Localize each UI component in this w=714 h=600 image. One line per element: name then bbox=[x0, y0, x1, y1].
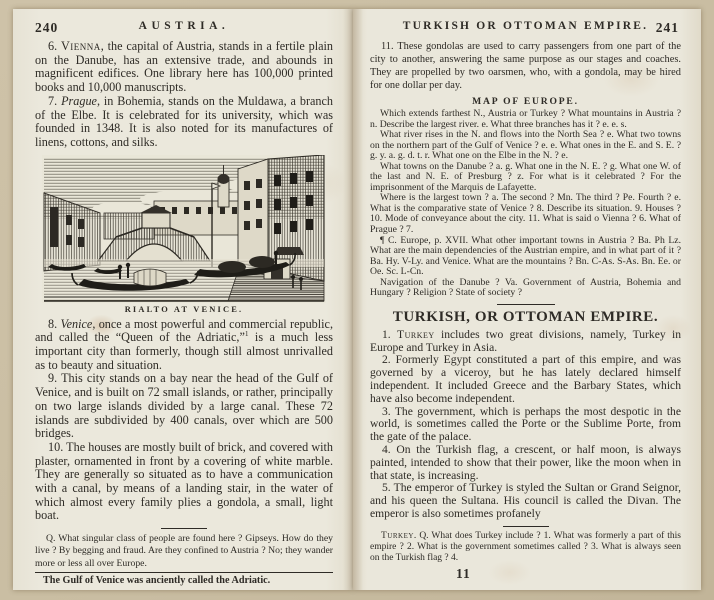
page-number: 240 bbox=[35, 20, 58, 36]
paragraph-8: 8. Venice, once a most powerful and comm… bbox=[35, 318, 333, 373]
running-head: AUSTRIA. bbox=[35, 20, 333, 32]
right-page-header: TURKISH OR OTTOMAN EMPIRE. 241 bbox=[370, 20, 681, 37]
map-question: Which extends farthest N., Austria or Tu… bbox=[370, 109, 681, 130]
rialto-engraving-image bbox=[42, 155, 326, 303]
footnote-questions: Q. What singular class of people are fou… bbox=[35, 533, 333, 570]
book-scan: 240 AUSTRIA. 6. Vienna, the capital of A… bbox=[0, 0, 714, 600]
map-question: Navigation of the Danube ? Va. Governmen… bbox=[370, 278, 681, 299]
footnote-turkey: Turkey. Q. What does Turkey include ? 1.… bbox=[370, 531, 681, 564]
left-page-header: 240 AUSTRIA. bbox=[35, 20, 333, 37]
map-of-europe-heading: MAP OF EUROPE. bbox=[370, 96, 681, 107]
section-heading: TURKISH, OR OTTOMAN EMPIRE. bbox=[370, 309, 681, 326]
engraving-caption: RIALTO AT VENICE. bbox=[42, 305, 326, 314]
paragraph-3: 3. The government, which is perhaps the … bbox=[370, 406, 681, 444]
signature-mark: 11 bbox=[456, 566, 681, 582]
right-page: TURKISH OR OTTOMAN EMPIRE. 241 11. These… bbox=[353, 9, 701, 590]
paragraph-9: 9. This city stands on a bay near the he… bbox=[35, 372, 333, 441]
map-question: What river rises in the N. and flows int… bbox=[370, 130, 681, 162]
paragraph-7: 7. Prague, in Bohemia, stands on the Mul… bbox=[35, 95, 333, 150]
map-question: What towns on the Danube ? a. g. What on… bbox=[370, 162, 681, 194]
section-divider bbox=[497, 304, 555, 305]
footnote-divider bbox=[503, 526, 549, 527]
page-number: 241 bbox=[656, 20, 679, 36]
paragraph-2: 2. Formerly Egypt constituted a part of … bbox=[370, 354, 681, 405]
paragraph-1: 1. Turkey includes two great divisions, … bbox=[370, 329, 681, 355]
paragraph-6: 6. Vienna, the capital of Austria, stand… bbox=[35, 40, 333, 95]
running-head: TURKISH OR OTTOMAN EMPIRE. bbox=[370, 20, 681, 32]
rialto-engraving: RIALTO AT VENICE. bbox=[42, 155, 326, 314]
map-question: ¶ C. Europe, p. XVII. What other importa… bbox=[370, 236, 681, 278]
paragraph-11: 11. These gondolas are used to carry pas… bbox=[370, 40, 681, 92]
paragraph-4: 4. On the Turkish flag, a crescent, or h… bbox=[370, 444, 681, 482]
bottom-rule bbox=[35, 572, 333, 573]
map-question: Where is the largest town ? a. The secon… bbox=[370, 193, 681, 235]
paragraph-5: 5. The emperor of Turkey is styled the S… bbox=[370, 482, 681, 520]
paragraph-10: 10. The houses are mostly built of brick… bbox=[35, 441, 333, 523]
left-page: 240 AUSTRIA. 6. Vienna, the capital of A… bbox=[13, 9, 353, 590]
bottom-note: The Gulf of Venice was anciently called … bbox=[35, 575, 333, 586]
footnote-divider bbox=[161, 528, 207, 529]
